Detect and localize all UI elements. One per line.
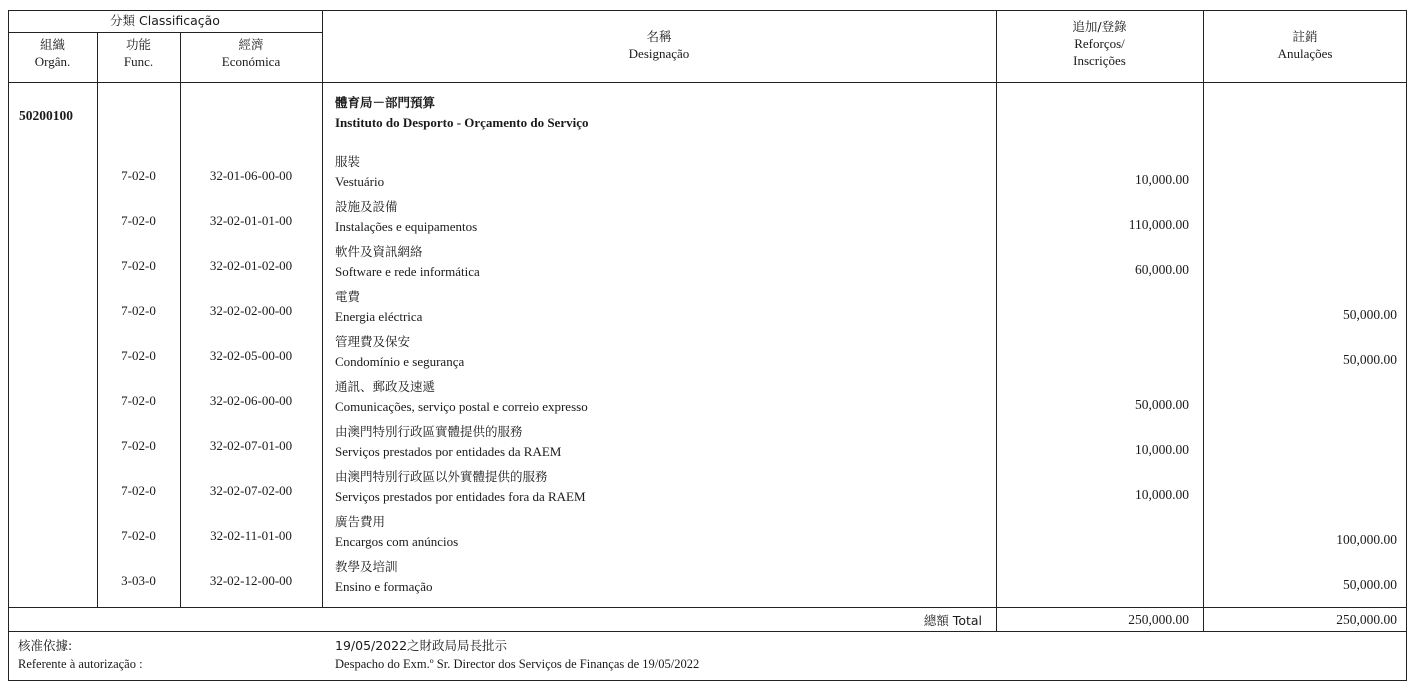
reinforce-amount: 10,000.00 xyxy=(996,487,1189,503)
organ-name-pt: Instituto do Desporto - Orçamento do Ser… xyxy=(335,114,588,131)
total-label-text: 總額 Total xyxy=(924,613,982,628)
econ-code: 32-02-12-00-00 xyxy=(180,573,322,589)
func-code: 7-02-0 xyxy=(97,303,180,319)
header-func: 功能 Func. xyxy=(97,36,180,70)
reinforce-amount: 10,000.00 xyxy=(996,172,1189,188)
item-name-cn: 設施及設備 xyxy=(335,198,398,215)
header-cancel: 註銷 Anulações xyxy=(1203,28,1407,62)
reinforce-label-pt1: Reforços/ xyxy=(996,35,1203,52)
header-designation: 名稱 Designação xyxy=(322,28,996,62)
reinforce-amount: 60,000.00 xyxy=(996,262,1189,278)
econ-code: 32-01-06-00-00 xyxy=(180,168,322,184)
func-code: 7-02-0 xyxy=(97,438,180,454)
item-name-cn: 教學及培訓 xyxy=(335,558,398,575)
organ-name: 體育局－部門預算 Instituto do Desporto - Orçamen… xyxy=(335,94,588,131)
organ-label-pt: Orgân. xyxy=(8,53,97,70)
cancel-label-pt: Anulações xyxy=(1203,45,1407,62)
cancel-amount: 100,000.00 xyxy=(1203,532,1397,548)
row-divider xyxy=(8,32,322,33)
designation-label-cn: 名稱 xyxy=(322,28,996,45)
item-name-pt: Comunicações, serviço postal e correio e… xyxy=(335,398,588,415)
item-name-pt: Vestuário xyxy=(335,173,384,190)
total-cancel: 250,000.00 xyxy=(1203,612,1397,628)
authorization-label: 核准依據: Referente à autorização : xyxy=(18,636,143,674)
func-code: 7-02-0 xyxy=(97,348,180,364)
econ-code: 32-02-02-00-00 xyxy=(180,303,322,319)
cancel-label-cn: 註銷 xyxy=(1203,28,1407,45)
econ-code: 32-02-07-02-00 xyxy=(180,483,322,499)
econ-code: 32-02-06-00-00 xyxy=(180,393,322,409)
item-name-cn: 管理費及保安 xyxy=(335,333,410,350)
item-name-pt: Encargos com anúncios xyxy=(335,533,458,550)
total-reinforce: 250,000.00 xyxy=(996,612,1189,628)
func-label-pt: Func. xyxy=(97,53,180,70)
func-code: 7-02-0 xyxy=(97,258,180,274)
item-name-cn: 軟件及資訊網絡 xyxy=(335,243,423,260)
cancel-amount: 50,000.00 xyxy=(1203,577,1397,593)
item-name-pt: Serviços prestados por entidades fora da… xyxy=(335,488,586,505)
row-divider xyxy=(8,607,1407,608)
reinforce-amount: 10,000.00 xyxy=(996,442,1189,458)
total-label: 總額 Total xyxy=(322,611,982,629)
column-divider xyxy=(996,10,997,631)
column-divider xyxy=(180,32,181,607)
organ-label-cn: 組織 xyxy=(8,36,97,53)
header-econ: 經濟 Económica xyxy=(180,36,322,70)
econ-code: 32-02-01-02-00 xyxy=(180,258,322,274)
item-name-pt: Energia eléctrica xyxy=(335,308,422,325)
cancel-amount: 50,000.00 xyxy=(1203,352,1397,368)
row-divider xyxy=(8,82,1407,83)
item-name-cn: 通訊、郵政及速遞 xyxy=(335,378,435,395)
econ-code: 32-02-11-01-00 xyxy=(180,528,322,544)
reinforce-amount: 110,000.00 xyxy=(996,217,1189,233)
column-divider xyxy=(97,32,98,607)
func-code: 7-02-0 xyxy=(97,393,180,409)
organ-name-cn: 體育局－部門預算 xyxy=(335,94,588,111)
column-divider xyxy=(322,10,323,607)
func-code: 7-02-0 xyxy=(97,168,180,184)
econ-code: 32-02-01-01-00 xyxy=(180,213,322,229)
econ-code: 32-02-05-00-00 xyxy=(180,348,322,364)
item-name-cn: 廣告費用 xyxy=(335,513,385,530)
item-name-cn: 服裝 xyxy=(335,153,360,170)
reinforce-label-pt2: Inscrições xyxy=(996,52,1203,69)
item-name-pt: Ensino e formação xyxy=(335,578,432,595)
header-classification: 分類 Classificação xyxy=(8,12,322,29)
authorization-label-cn: 核准依據: xyxy=(18,636,143,655)
econ-label-pt: Económica xyxy=(180,53,322,70)
func-code: 3-03-0 xyxy=(97,573,180,589)
authorization-value-cn: 19/05/2022之財政局局長批示 xyxy=(335,636,699,655)
row-divider xyxy=(8,631,1407,632)
reinforce-amount: 50,000.00 xyxy=(996,397,1189,413)
item-name-pt: Condomínio e segurança xyxy=(335,353,464,370)
authorization-label-pt: Referente à autorização : xyxy=(18,655,143,674)
header-organ: 組織 Orgân. xyxy=(8,36,97,70)
header-reinforce: 追加/登錄 Reforços/ Inscrições xyxy=(996,18,1203,69)
item-name-pt: Instalações e equipamentos xyxy=(335,218,477,235)
authorization-value: 19/05/2022之財政局局長批示 Despacho do Exm.º Sr.… xyxy=(335,636,699,674)
reinforce-label-cn: 追加/登錄 xyxy=(996,18,1203,35)
organ-code: 50200100 xyxy=(19,108,73,124)
func-label-cn: 功能 xyxy=(97,36,180,53)
authorization-value-pt: Despacho do Exm.º Sr. Director dos Servi… xyxy=(335,655,699,674)
func-code: 7-02-0 xyxy=(97,213,180,229)
classification-label: 分類 Classificação xyxy=(110,13,220,28)
item-name-cn: 由澳門特別行政區實體提供的服務 xyxy=(335,423,523,440)
cancel-amount: 50,000.00 xyxy=(1203,307,1397,323)
econ-label-cn: 經濟 xyxy=(180,36,322,53)
item-name-pt: Software e rede informática xyxy=(335,263,480,280)
econ-code: 32-02-07-01-00 xyxy=(180,438,322,454)
item-name-pt: Serviços prestados por entidades da RAEM xyxy=(335,443,561,460)
designation-label-pt: Designação xyxy=(322,45,996,62)
item-name-cn: 電費 xyxy=(335,288,360,305)
func-code: 7-02-0 xyxy=(97,483,180,499)
item-name-cn: 由澳門特別行政區以外實體提供的服務 xyxy=(335,468,548,485)
func-code: 7-02-0 xyxy=(97,528,180,544)
